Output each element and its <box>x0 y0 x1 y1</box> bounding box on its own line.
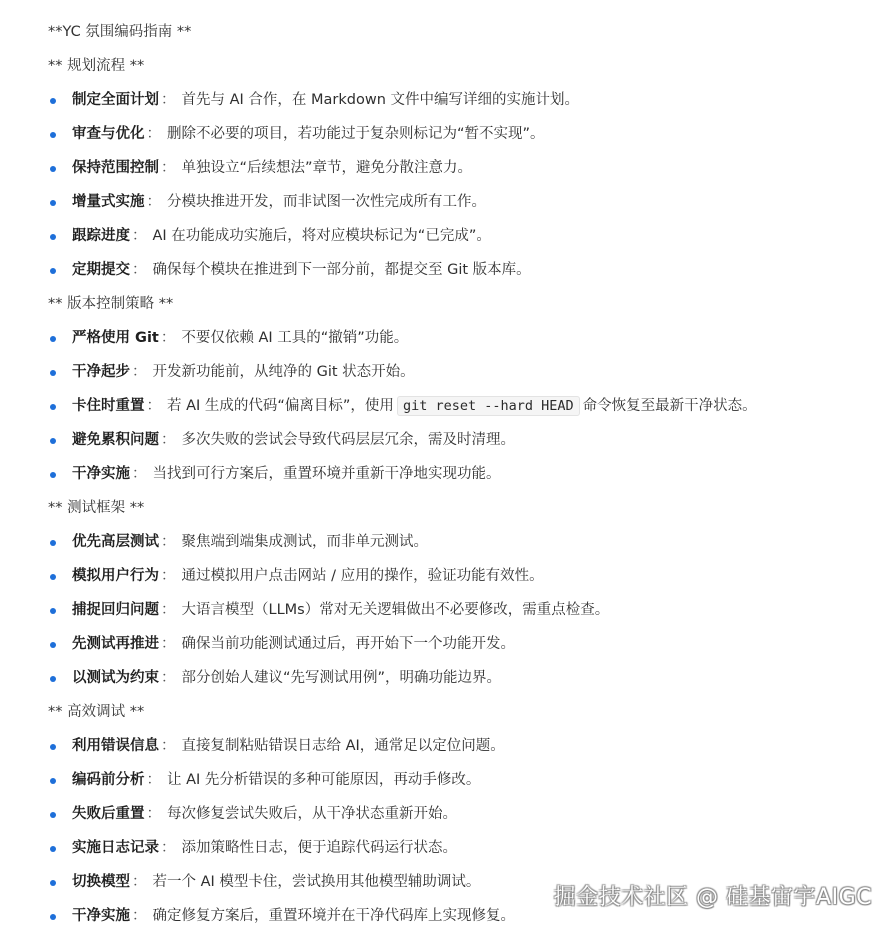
list-item: 干净实施：当找到可行方案后，重置环境并重新干净地实现功能。 <box>48 462 884 496</box>
item-term: 定期提交 <box>72 262 130 278</box>
colon: ： <box>147 398 162 414</box>
bullet-icon <box>50 234 56 240</box>
bullet-icon <box>50 880 56 886</box>
bullet-icon <box>50 336 56 342</box>
item-desc: 确定修复方案后，重置环境并在干净代码库上实现修复。 <box>153 908 516 924</box>
item-term: 跟踪进度 <box>72 228 130 244</box>
bullet-icon <box>50 778 56 784</box>
item-desc: 单独设立“后续想法”章节，避免分散注意力。 <box>182 160 473 176</box>
item-term: 利用错误信息 <box>72 738 159 754</box>
bullet-icon <box>50 642 56 648</box>
bullet-icon <box>50 608 56 614</box>
list-item: 优先高层测试：聚焦端到端集成测试，而非单元测试。 <box>48 530 884 564</box>
list-item: 审查与优化：删除不必要的项目，若功能过于复杂则标记为“暂不实现”。 <box>48 122 884 156</box>
colon: ： <box>161 534 176 550</box>
item-term: 先测试再推进 <box>72 636 159 652</box>
item-desc: 开发新功能前，从纯净的 Git 状态开始。 <box>153 364 415 380</box>
inline-code: git reset --hard HEAD <box>397 396 580 416</box>
bullet-icon <box>50 914 56 920</box>
bullet-icon <box>50 744 56 750</box>
list-item: 以测试为约束：部分创始人建议“先写测试用例”，明确功能边界。 <box>48 666 884 700</box>
section-heading-testing: ** 测试框架 ** <box>48 496 884 530</box>
list-item: 先测试再推进：确保当前功能测试通过后，再开始下一个功能开发。 <box>48 632 884 666</box>
list-item: 实施日志记录：添加策略性日志，便于追踪代码运行状态。 <box>48 836 884 870</box>
bullet-icon <box>50 676 56 682</box>
item-term: 优先高层测试 <box>72 534 159 550</box>
item-term: 实施日志记录 <box>72 840 159 856</box>
bullet-icon <box>50 574 56 580</box>
testing-list: 优先高层测试：聚焦端到端集成测试，而非单元测试。 模拟用户行为：通过模拟用户点击… <box>48 530 884 700</box>
bullet-icon <box>50 540 56 546</box>
bullet-icon <box>50 268 56 274</box>
colon: ： <box>132 908 147 924</box>
bullet-icon <box>50 846 56 852</box>
list-item: 避免累积问题：多次失败的尝试会导致代码层层冗余，需及时清理。 <box>48 428 884 462</box>
colon: ： <box>147 126 162 142</box>
colon: ： <box>132 874 147 890</box>
list-item: 跟踪进度：AI 在功能成功实施后，将对应模块标记为“已完成”。 <box>48 224 884 258</box>
colon: ： <box>147 806 162 822</box>
bullet-icon <box>50 200 56 206</box>
item-term: 捕捉回归问题 <box>72 602 159 618</box>
item-desc: 多次失败的尝试会导致代码层层冗余，需及时清理。 <box>182 432 516 448</box>
colon: ： <box>132 466 147 482</box>
colon: ： <box>161 840 176 856</box>
item-term: 干净起步 <box>72 364 130 380</box>
list-item: 干净起步：开发新功能前，从纯净的 Git 状态开始。 <box>48 360 884 394</box>
item-term: 切换模型 <box>72 874 130 890</box>
colon: ： <box>132 228 147 244</box>
list-item: 失败后重置：每次修复尝试失败后，从干净状态重新开始。 <box>48 802 884 836</box>
list-item: 利用错误信息：直接复制粘贴错误日志给 AI，通常足以定位问题。 <box>48 734 884 768</box>
item-desc: 让 AI 先分析错误的多种可能原因，再动手修改。 <box>167 772 480 788</box>
document-title: **YC 氛围编码指南 ** <box>48 20 884 54</box>
version-control-list: 严格使用 Git：不要仅依赖 AI 工具的“撤销”功能。 干净起步：开发新功能前… <box>48 326 884 496</box>
bullet-icon <box>50 98 56 104</box>
item-desc: 不要仅依赖 AI 工具的“撤销”功能。 <box>181 330 408 346</box>
item-desc: 首先与 AI 合作，在 Markdown 文件中编写详细的实施计划。 <box>182 92 580 108</box>
list-item: 严格使用 Git：不要仅依赖 AI 工具的“撤销”功能。 <box>48 326 884 360</box>
colon: ： <box>161 568 176 584</box>
item-desc: 部分创始人建议“先写测试用例”，明确功能边界。 <box>182 670 502 686</box>
colon: ： <box>161 330 176 346</box>
item-term: 增量式实施 <box>72 194 145 210</box>
item-desc: 通过模拟用户点击网站 / 应用的操作，验证功能有效性。 <box>182 568 544 584</box>
item-desc: 若一个 AI 模型卡住，尝试换用其他模型辅助调试。 <box>153 874 481 890</box>
item-term: 审查与优化 <box>72 126 145 142</box>
list-item: 定期提交：确保每个模块在推进到下一部分前，都提交至 Git 版本库。 <box>48 258 884 292</box>
list-item: 捕捉回归问题：大语言模型（LLMs）常对无关逻辑做出不必要修改，需重点检查。 <box>48 598 884 632</box>
item-desc: 直接复制粘贴错误日志给 AI，通常足以定位问题。 <box>182 738 505 754</box>
section-heading-version-control: ** 版本控制策略 ** <box>48 292 884 326</box>
document: **YC 氛围编码指南 ** ** 规划流程 ** 制定全面计划：首先与 AI … <box>48 20 884 936</box>
colon: ： <box>132 262 147 278</box>
section-heading-debugging: ** 高效调试 ** <box>48 700 884 734</box>
item-term: 编码前分析 <box>72 772 145 788</box>
bullet-icon <box>50 472 56 478</box>
list-item: 制定全面计划：首先与 AI 合作，在 Markdown 文件中编写详细的实施计划… <box>48 88 884 122</box>
colon: ： <box>161 738 176 754</box>
colon: ： <box>161 160 176 176</box>
bullet-icon <box>50 404 56 410</box>
bullet-icon <box>50 370 56 376</box>
colon: ： <box>161 602 176 618</box>
bullet-icon <box>50 132 56 138</box>
item-desc: 每次修复尝试失败后，从干净状态重新开始。 <box>167 806 457 822</box>
item-desc: 分模块推进开发，而非试图一次性完成所有工作。 <box>167 194 486 210</box>
list-item: 保持范围控制：单独设立“后续想法”章节，避免分散注意力。 <box>48 156 884 190</box>
item-term: 干净实施 <box>72 908 130 924</box>
colon: ： <box>161 670 176 686</box>
item-desc-after-code: 命令恢复至最新干净状态。 <box>583 398 757 414</box>
list-item: 模拟用户行为：通过模拟用户点击网站 / 应用的操作，验证功能有效性。 <box>48 564 884 598</box>
item-desc: AI 在功能成功实施后，将对应模块标记为“已完成”。 <box>153 228 491 244</box>
colon: ： <box>132 364 147 380</box>
item-term: 严格使用 Git <box>72 330 159 346</box>
item-desc: 删除不必要的项目，若功能过于复杂则标记为“暂不实现”。 <box>167 126 545 142</box>
colon: ： <box>147 194 162 210</box>
item-term: 保持范围控制 <box>72 160 159 176</box>
item-term: 避免累积问题 <box>72 432 159 448</box>
item-desc: 确保当前功能测试通过后，再开始下一个功能开发。 <box>182 636 516 652</box>
colon: ： <box>161 92 176 108</box>
item-term: 以测试为约束 <box>72 670 159 686</box>
item-term: 模拟用户行为 <box>72 568 159 584</box>
list-item: 增量式实施：分模块推进开发，而非试图一次性完成所有工作。 <box>48 190 884 224</box>
bullet-icon <box>50 812 56 818</box>
item-desc: 聚焦端到端集成测试，而非单元测试。 <box>182 534 429 550</box>
item-desc-before-code: 若 AI 生成的代码“偏离目标”，使用 <box>167 398 394 414</box>
item-term: 制定全面计划 <box>72 92 159 108</box>
planning-list: 制定全面计划：首先与 AI 合作，在 Markdown 文件中编写详细的实施计划… <box>48 88 884 292</box>
item-desc: 大语言模型（LLMs）常对无关逻辑做出不必要修改，需重点检查。 <box>182 602 610 618</box>
bullet-icon <box>50 438 56 444</box>
item-desc: 当找到可行方案后，重置环境并重新干净地实现功能。 <box>153 466 501 482</box>
item-desc: 添加策略性日志，便于追踪代码运行状态。 <box>182 840 458 856</box>
colon: ： <box>147 772 162 788</box>
list-item: 卡住时重置：若 AI 生成的代码“偏离目标”，使用git reset --har… <box>48 394 884 428</box>
colon: ： <box>161 432 176 448</box>
item-term: 卡住时重置 <box>72 398 145 414</box>
item-term: 失败后重置 <box>72 806 145 822</box>
item-term: 干净实施 <box>72 466 130 482</box>
item-desc: 确保每个模块在推进到下一部分前，都提交至 Git 版本库。 <box>153 262 531 278</box>
watermark: 掘金技术社区 @ 硅基宙宇AIGC <box>554 880 872 911</box>
bullet-icon <box>50 166 56 172</box>
colon: ： <box>161 636 176 652</box>
list-item: 编码前分析：让 AI 先分析错误的多种可能原因，再动手修改。 <box>48 768 884 802</box>
section-heading-planning: ** 规划流程 ** <box>48 54 884 88</box>
